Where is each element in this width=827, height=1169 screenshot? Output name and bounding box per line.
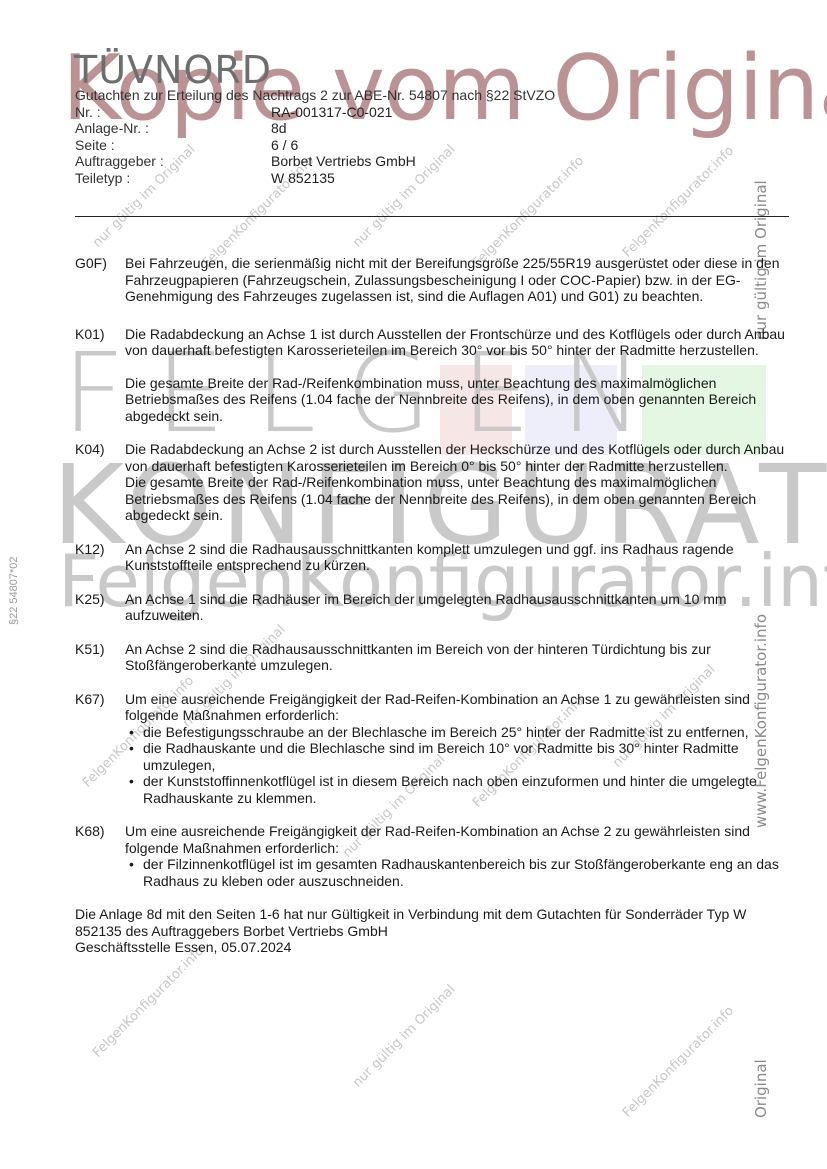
condition-code: G0F) [75,255,125,305]
condition-text: Bei Fahrzeugen, die serienmäßig nicht mi… [125,255,787,305]
condition-text: Die Radabdeckung an Achse 1 ist durch Au… [125,326,787,359]
measure-item: die Radhauskante und die Blechlasche sin… [125,740,787,773]
vertical-watermark-bottom: Original [752,1059,770,1118]
condition-code: K25) [75,591,125,624]
measure-item: der Kunststoffinnenkotflügel ist in dies… [125,773,787,806]
field-value: 8d [271,120,287,137]
condition-code: K67) [75,691,125,807]
diagonal-watermark: FelgenKonfigurator.info [620,1003,737,1120]
condition-text: An Achse 1 sind die Radhäuser im Bereich… [125,591,787,624]
condition-k67: K67) Um eine ausreichende Freigängigkeit… [75,691,787,807]
office-date: Geschäftsstelle Essen, 05.07.2024 [75,939,787,956]
document-page: FELGEN KONFIGURATOR FelgenKonfigurator.i… [0,0,827,1169]
header-field-teiletyp: Teiletyp :W 852135 [75,170,555,187]
condition-k51: K51) An Achse 2 sind die Radhausausschni… [75,641,787,674]
condition-text: An Achse 2 sind die Radhausausschnittkan… [125,541,787,574]
field-value: 6 / 6 [271,137,298,154]
condition-text: Die gesamte Breite der Rad-/Reifenkombin… [125,375,787,425]
condition-k68: K68) Um eine ausreichende Freigängigkeit… [75,823,787,889]
condition-code: K12) [75,541,125,574]
condition-k12: K12) An Achse 2 sind die Radhausausschni… [75,541,787,574]
field-label: Teiletyp : [75,170,271,187]
measures-list: der Filzinnenkotflügel ist im gesamten R… [125,856,787,889]
field-value: RA-001317-C0-021 [271,104,392,121]
field-label: Auftraggeber : [75,153,271,170]
header-divider [75,216,789,217]
condition-code: K04) [75,441,125,524]
condition-text: Um eine ausreichende Freigängigkeit der … [125,823,787,856]
condition-g0f: G0F) Bei Fahrzeugen, die serienmäßig nic… [75,255,787,305]
condition-code: K68) [75,823,125,889]
document-header: Gutachten zur Erteilung des Nachtrags 2 … [75,87,555,186]
diagonal-watermark: nur gültig im Original [350,982,458,1090]
validity-note: Die Anlage 8d mit den Seiten 1-6 hat nur… [75,906,787,956]
header-field-nr: Nr. :RA-001317-C0-021 [75,104,555,121]
condition-k01: K01) Die Radabdeckung an Achse 1 ist dur… [75,326,787,425]
condition-k25: K25) An Achse 1 sind die Radhäuser im Be… [75,591,787,624]
condition-text: An Achse 2 sind die Radhausausschnittkan… [125,641,787,674]
field-label: Nr. : [75,104,271,121]
header-field-auftraggeber: Auftraggeber :Borbet Vertriebs GmbH [75,153,555,170]
condition-code: K51) [75,641,125,674]
field-label: Seite : [75,137,271,154]
condition-k04: K04) Die Radabdeckung an Achse 2 ist dur… [75,441,787,524]
report-title: Gutachten zur Erteilung des Nachtrags 2 … [75,87,555,104]
field-value: W 852135 [271,170,335,187]
header-field-anlage: Anlage-Nr. :8d [75,120,555,137]
condition-text: Die gesamte Breite der Rad-/Reifenkombin… [125,474,787,524]
diagonal-watermark: FelgenKonfigurator.info [90,943,207,1060]
conditions-list: G0F) Bei Fahrzeugen, die serienmäßig nic… [75,255,787,956]
margin-reference-code: §22 54807*02 [8,556,20,625]
field-label: Anlage-Nr. : [75,120,271,137]
field-value: Borbet Vertriebs GmbH [271,153,416,170]
measure-item: der Filzinnenkotflügel ist im gesamten R… [125,856,787,889]
condition-code: K01) [75,326,125,425]
validity-text: Die Anlage 8d mit den Seiten 1-6 hat nur… [75,906,787,939]
condition-text: Die Radabdeckung an Achse 2 ist durch Au… [125,441,787,474]
measure-item: die Befestigungsschraube an der Blechlas… [125,724,787,741]
diagonal-watermark: FelgenKonfigurator.info [620,143,737,260]
tuv-nord-logo: TÜVNORD [74,48,272,92]
condition-text: Um eine ausreichende Freigängigkeit der … [125,691,787,724]
measures-list: die Befestigungsschraube an der Blechlas… [125,724,787,807]
header-field-seite: Seite :6 / 6 [75,137,555,154]
